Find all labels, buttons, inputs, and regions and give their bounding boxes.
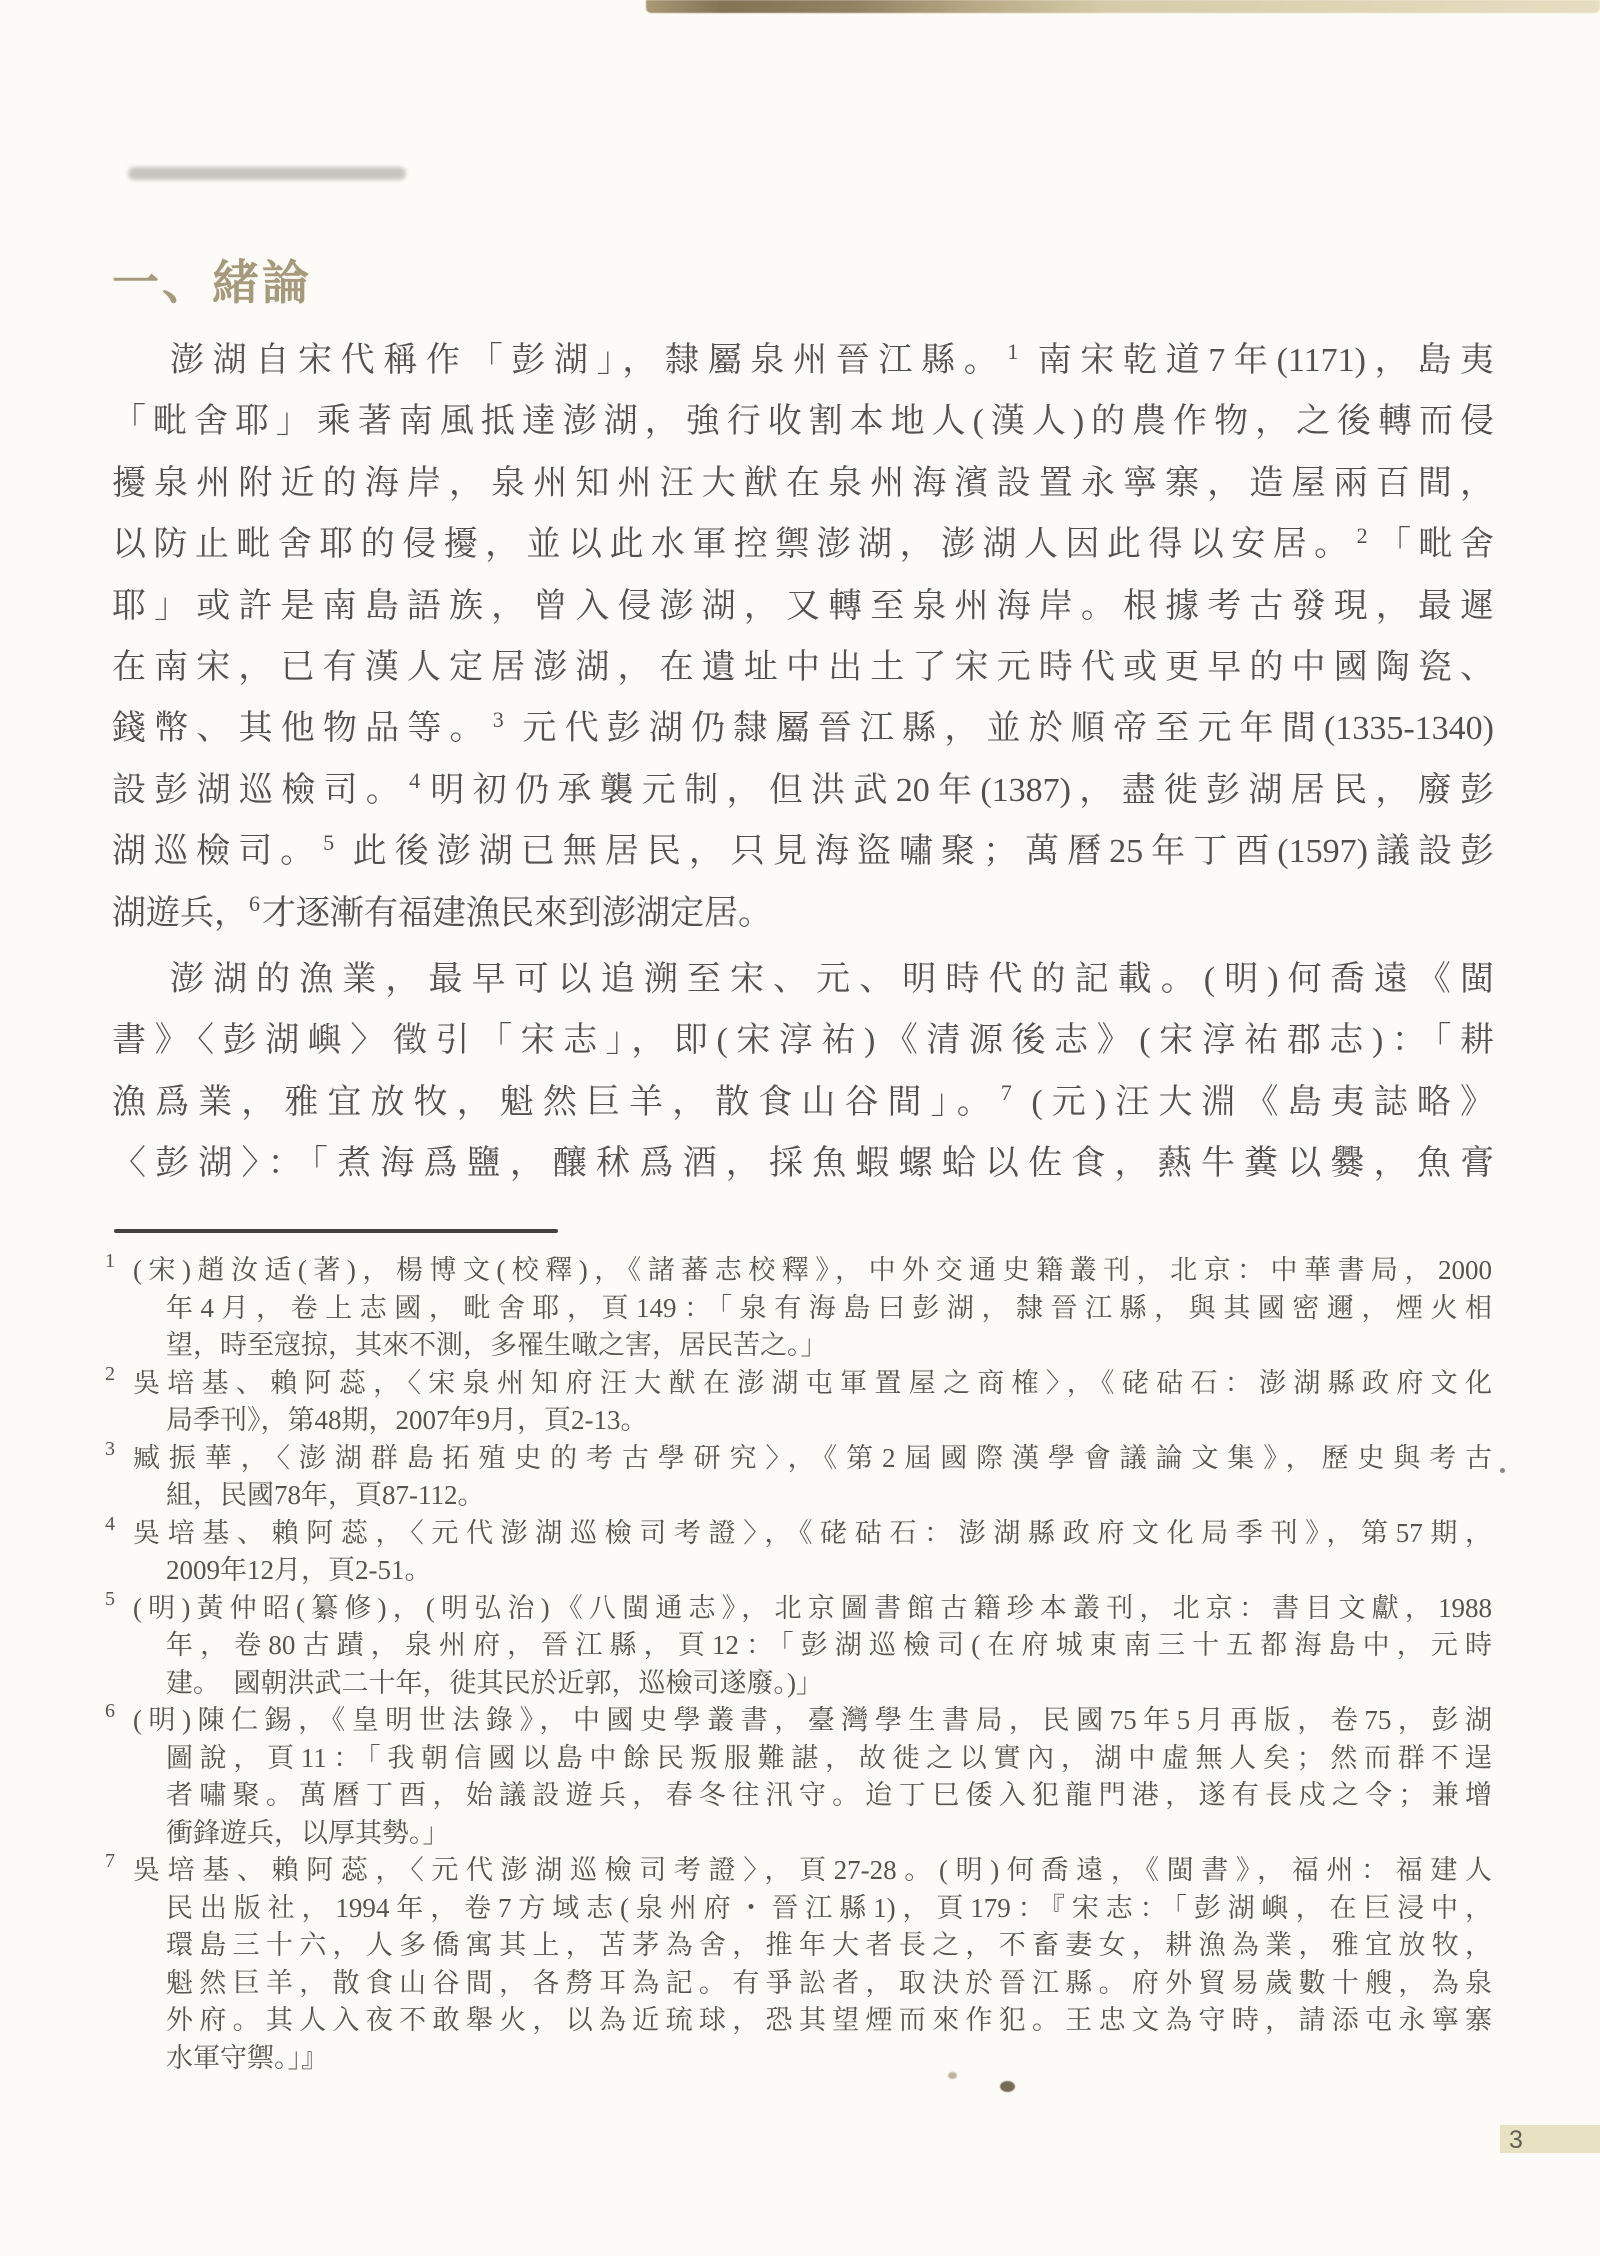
footnote-line: 臧振華，〈澎湖群島拓殖史的考古學研究〉，《第2屆國際漢學會議論文集》，歷史與考古 (133, 1440, 1492, 1478)
body-line: 擾泉州附近的海岸，泉州知州汪大猷在泉州海濱設置永寧寨，造屋兩百間， (112, 453, 1494, 514)
footnote-ref-6: 6 (248, 891, 262, 916)
body-line: 以防止毗舍耶的侵擾，並以此水軍控禦澎湖，澎湖人因此得以安居。2「毗舍 (112, 514, 1494, 575)
footnote-line: 局季刊》，第48期，2007年9月，頁2-13。 (166, 1402, 1492, 1440)
footnote-line: 衝鋒遊兵，以厚其勢。」 (166, 1815, 1492, 1853)
footnote-line: 環島三十六，人多僑寓其上，苫茅為舍，推年大者長之，不畜妻女，耕漁為業，雅宜放牧， (166, 1927, 1492, 1965)
footnote-6: 6(明)陳仁錫，《皇明世法錄》，中國史學叢書，臺灣學生書局，民國75年5月再版，… (105, 1702, 1492, 1852)
footnote-ref-2: 2 (1356, 523, 1370, 548)
body-line: 〈彭湖〉：「煮海爲鹽，釀秫爲酒，採魚蝦螺蛤以佐食，爇牛糞以爨，魚膏 (112, 1133, 1494, 1194)
footnote-4: 4吳培基、賴阿蕊，〈元代澎湖巡檢司考證〉，《硓𥑮石：澎湖縣政府文化局季刊》，第5… (105, 1515, 1492, 1590)
footnote-separator (114, 1229, 558, 1233)
footnote-line: (明)陳仁錫，《皇明世法錄》，中國史學叢書，臺灣學生書局，民國75年5月再版，卷… (133, 1702, 1492, 1740)
footnote-5: 5(明)黃仲昭(纂修)，(明弘治)《八閩通志》，北京圖書館古籍珍本叢刊，北京：書… (105, 1590, 1492, 1703)
footnote-7: 7吳培基、賴阿蕊，〈元代澎湖巡檢司考證〉，頁27-28。(明)何喬遠，《閩書》，… (105, 1852, 1492, 2077)
footnote-line: 圖說，頁11：「我朝信國以島中餘民叛服難諶，故徙之以實內，湖中虛無人矣；然而群不… (166, 1740, 1492, 1778)
footnote-ref-7: 7 (1000, 1080, 1014, 1105)
footnote-line: 年4月，卷上志國，毗舍耶，頁149：「泉有海島曰彭湖，隸晉江縣，與其國密邇，煙火… (166, 1290, 1492, 1328)
page-number-badge: 3 (1500, 2125, 1600, 2153)
footnote-line: 2009年12月，頁2-51。 (166, 1552, 1492, 1590)
body-text: 澎湖自宋代稱作「彭湖」，隸屬泉州晉江縣。1 南宋乾道7年(1171)，島夷「毗舍… (112, 330, 1494, 1194)
scanned-document-page: 一、緒論 澎湖自宋代稱作「彭湖」，隸屬泉州晉江縣。1 南宋乾道7年(1171)，… (0, 0, 1600, 2256)
footnote-line: 吳培基、賴阿蕊，〈宋泉州知府汪大猷在澎湖屯軍置屋之商榷〉，《硓𥑮石：澎湖縣政府文… (133, 1365, 1492, 1403)
footnote-line: 外府。其人入夜不敢舉火，以為近琉球，恐其望煙而來作犯。王忠文為守時，請添屯永寧寨 (166, 2002, 1492, 2040)
footnote-ref-5: 5 (322, 830, 336, 855)
footnote-ref-1: 1 (1006, 339, 1020, 364)
footnote-ref-4: 4 (408, 768, 422, 793)
body-line: 湖遊兵，6才逐漸有福建漁民來到澎湖定居。 (112, 883, 1494, 944)
body-line: 耶」或許是南島語族，曾入侵澎湖，又轉至泉州海岸。根據考古發現，最遲 (112, 576, 1494, 637)
footnote-line: 者嘯聚。萬曆丁酉，始議設遊兵，春冬往汛守。迨丁巳倭入犯龍門港，遂有長戍之令；兼增 (166, 1777, 1492, 1815)
footnote-number: 6 (105, 1700, 115, 1723)
section-title: 一、緒論 (112, 246, 312, 313)
footnote-line: 建。 國朝洪武二十年，徙其民於近郭，巡檢司遂廢。)」 (166, 1665, 1492, 1703)
body-line: 錢幣、其他物品等。3 元代彭湖仍隸屬晉江縣，並於順帝至元年間(1335-1340… (112, 698, 1494, 759)
footnote-3: 3臧振華，〈澎湖群島拓殖史的考古學研究〉，《第2屆國際漢學會議論文集》，歷史與考… (105, 1440, 1492, 1515)
footnote-number: 3 (105, 1438, 115, 1461)
footnote-line: 組，民國78年，頁87-112。 (166, 1477, 1492, 1515)
footnote-line: 水軍守禦。」』 (166, 2040, 1492, 2078)
body-line: 在南宋，已有漢人定居澎湖，在遺址中出土了宋元時代或更早的中國陶瓷、 (112, 637, 1494, 698)
footnote-line: (明)黃仲昭(纂修)，(明弘治)《八閩通志》，北京圖書館古籍珍本叢刊，北京：書目… (133, 1590, 1492, 1628)
footnote-1: 1(宋)趙汝适(著)，楊博文(校釋)，《諸蕃志校釋》，中外交通史籍叢刊，北京：中… (105, 1252, 1492, 1365)
footnote-line: 年，卷80古蹟，泉州府，晉江縣，頁12：「彭湖巡檢司(在府城東南三十五都海島中，… (166, 1627, 1492, 1665)
body-line: 澎湖的漁業，最早可以追溯至宋、元、明時代的記載。(明)何喬遠《閩 (112, 949, 1494, 1010)
footnote-line: (宋)趙汝适(著)，楊博文(校釋)，《諸蕃志校釋》，中外交通史籍叢刊，北京：中華… (133, 1252, 1492, 1290)
footnote-line: 魁然巨羊，散食山谷間，各剺耳為記。有爭訟者，取決於晉江縣。府外貿易歲數十艘，為泉 (166, 1965, 1492, 2003)
footnote-ref-3: 3 (492, 707, 506, 732)
footnote-number: 4 (105, 1513, 115, 1536)
body-line: 書》〈彭湖嶼〉徵引「宋志」，即(宋淳祐)《清源後志》(宋淳祐郡志)：「耕 (112, 1010, 1494, 1071)
ink-speck (1000, 2081, 1015, 2092)
body-line: 「毗舍耶」乘著南風抵達澎湖，強行收割本地人(漢人)的農作物，之後轉而侵 (112, 391, 1494, 452)
footnote-line: 吳培基、賴阿蕊，〈元代澎湖巡檢司考證〉，《硓𥑮石：澎湖縣政府文化局季刊》，第57… (133, 1515, 1492, 1553)
footnotes: 1(宋)趙汝适(著)，楊博文(校釋)，《諸蕃志校釋》，中外交通史籍叢刊，北京：中… (105, 1252, 1492, 2077)
footnote-line: 民出版社，1994年，卷7方域志(泉州府・晉江縣1)，頁179：『宋志：「彭湖嶼… (166, 1890, 1492, 1928)
footnote-line: 吳培基、賴阿蕊，〈元代澎湖巡檢司考證〉，頁27-28。(明)何喬遠，《閩書》，福… (133, 1852, 1492, 1890)
body-line: 設彭湖巡檢司。4明初仍承襲元制，但洪武20年(1387)，盡徙彭湖居民，廢彭 (112, 760, 1494, 821)
footnote-line: 望，時至寇掠，其來不測，多罹生噉之害，居民苦之。」 (166, 1327, 1492, 1365)
footnote-number: 7 (105, 1850, 115, 1873)
page-number: 3 (1500, 2125, 1523, 2155)
ink-speck (1500, 1468, 1505, 1473)
scan-edge-band (646, 0, 1600, 13)
body-line: 湖巡檢司。5 此後澎湖已無居民，只見海盜嘯聚；萬曆25年丁酉(1597)議設彭 (112, 821, 1494, 882)
scan-smudge (128, 167, 406, 180)
body-line: 澎湖自宋代稱作「彭湖」，隸屬泉州晉江縣。1 南宋乾道7年(1171)，島夷 (112, 330, 1494, 391)
footnote-2: 2吳培基、賴阿蕊，〈宋泉州知府汪大猷在澎湖屯軍置屋之商榷〉，《硓𥑮石：澎湖縣政府… (105, 1365, 1492, 1440)
body-line: 漁爲業，雅宜放牧，魁然巨羊，散食山谷間」。7 (元)汪大淵《島夷誌略》 (112, 1072, 1494, 1133)
footnote-number: 1 (105, 1250, 115, 1273)
footnote-number: 5 (105, 1588, 115, 1611)
footnote-number: 2 (105, 1363, 115, 1386)
